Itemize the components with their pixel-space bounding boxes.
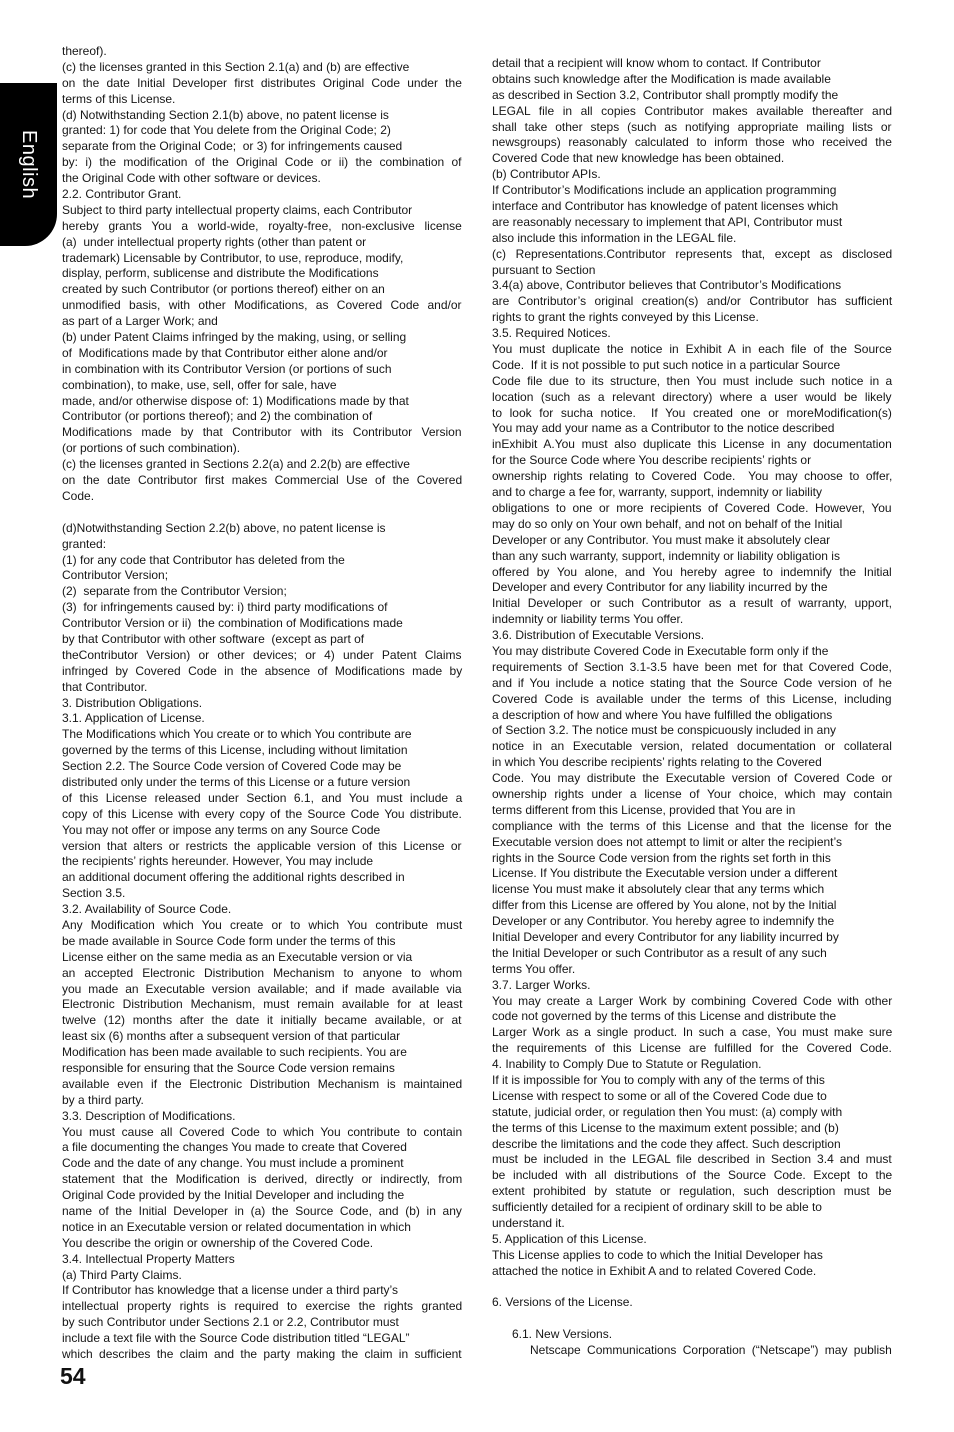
text-line: rights to grant the rights conveyed by t…: [492, 310, 892, 326]
text-line: to look for sucha notice. If You created…: [492, 406, 892, 422]
text-line: Initial Developer or such Contributor as…: [492, 596, 892, 612]
text-line: must be included in the LEGAL file descr…: [492, 1152, 892, 1168]
text-line: Code. You may distribute the Executable …: [492, 771, 892, 787]
text-line: 3.5. Required Notices.: [492, 326, 892, 342]
text-line: extent prohibited by statute or regulati…: [492, 1184, 892, 1200]
text-line: separate from the Original Code; or 3) f…: [62, 139, 462, 155]
text-line: are Contributor’s original creation(s) a…: [492, 294, 892, 310]
text-line: (a) under intellectual property rights (…: [62, 235, 462, 251]
text-line: If it is impossible for You to comply wi…: [492, 1073, 892, 1089]
text-line: [492, 1280, 892, 1296]
text-line: 3.7. Larger Works.: [492, 978, 892, 994]
text-line: granted: 1) for code that You delete fro…: [62, 123, 462, 139]
text-line: You describe the origin or ownership of …: [62, 1236, 462, 1252]
text-line: attached the notice in Exhibit A and to …: [492, 1264, 892, 1280]
text-line: of Section 3.2. The notice must be consp…: [492, 723, 892, 739]
text-line: the recipients’ rights hereunder. Howeve…: [62, 854, 462, 870]
text-line: you made an Executable version available…: [62, 982, 462, 998]
text-line: Executable version does not attempt to l…: [492, 835, 892, 851]
text-line: 3.4(a) above, Contributor believes that …: [492, 278, 892, 294]
text-line: obligations to one or more recipients of…: [492, 501, 892, 517]
text-line: Larger Work as a single product. In such…: [492, 1025, 892, 1041]
text-line: terms different from this License, provi…: [492, 803, 892, 819]
text-line: Modifications made by that Contributor w…: [62, 425, 462, 441]
text-line: an additional document offering the addi…: [62, 870, 462, 886]
text-line: created by such Contributor (or portions…: [62, 282, 462, 298]
text-line: a file documenting the changes You made …: [62, 1140, 462, 1156]
text-line: notice in an Executable version, related…: [492, 739, 892, 755]
license-text-column-left: thereof).(c) the licenses granted in thi…: [62, 44, 462, 1363]
text-line: than any such warranty, support, indemni…: [492, 549, 892, 565]
text-line: pursuant to Section: [492, 263, 892, 279]
text-line: 4. Inability to Comply Due to Statute or…: [492, 1057, 892, 1073]
text-line: ownership rights relating to Covered Cod…: [492, 469, 892, 485]
text-line: may do so only on Your own behalf, and n…: [492, 517, 892, 533]
text-line: newsgroups) reasonably calculated to inf…: [492, 135, 892, 151]
text-line: Subject to third party intellectual prop…: [62, 203, 462, 219]
text-line: Any Modification which You create or to …: [62, 918, 462, 934]
text-line: Contributor Version;: [62, 568, 462, 584]
text-line: rights in the Source Code version from t…: [492, 851, 892, 867]
text-line: notice in an Executable version or relat…: [62, 1220, 462, 1236]
text-line: 2.2. Contributor Grant.: [62, 187, 462, 203]
text-line: by that Contributor with other software …: [62, 632, 462, 648]
text-line: the Original Code with other software or…: [62, 171, 462, 187]
text-line: theContributor Version) or other devices…: [62, 648, 462, 664]
text-line: (3) for infringements caused by: i) thir…: [62, 600, 462, 616]
text-line: of this License released under Section 6…: [62, 791, 462, 807]
text-line: You may create a Larger Work by combinin…: [492, 994, 892, 1010]
text-line: inExhibit A.You must also duplicate this…: [492, 437, 892, 453]
text-line: sufficiently detailed for a recipient of…: [492, 1200, 892, 1216]
text-line: trademark) Licensable by Contributor, to…: [62, 251, 462, 267]
text-line: name of the Initial Developer in (a) the…: [62, 1204, 462, 1220]
language-tab: English: [0, 83, 57, 246]
text-line: which describes the claim and the party …: [62, 1347, 462, 1363]
text-line: ownership rights under a license of Your…: [492, 787, 892, 803]
text-line: an accepted Electronic Distribution Mech…: [62, 966, 462, 982]
text-line: describe the limitations and the code th…: [492, 1137, 892, 1153]
text-line: Developer and every Contributor for any …: [492, 580, 892, 596]
text-line: version that alters or restricts the app…: [62, 839, 462, 855]
text-line: responsible for ensuring that the Source…: [62, 1061, 462, 1077]
text-line: Section 3.5.: [62, 886, 462, 902]
text-line: 6.1. New Versions.: [492, 1327, 892, 1343]
text-line: in combination with its Contributor Vers…: [62, 362, 462, 378]
text-line: for the Source Code where You describe r…: [492, 453, 892, 469]
text-line: 3.2. Availability of Source Code.: [62, 902, 462, 918]
text-line: (1) for any code that Contributor has de…: [62, 553, 462, 569]
text-line: Code file due to its structure, then You…: [492, 374, 892, 390]
text-line: 3.1. Application of License.: [62, 711, 462, 727]
text-line: copy of this License with every copy of …: [62, 807, 462, 823]
text-line: the requirements of this License are ful…: [492, 1041, 892, 1057]
text-line: be included with all distributions of th…: [492, 1168, 892, 1184]
text-line: interface and Contributor has knowledge …: [492, 199, 892, 215]
text-line: You may add your name as a Contributor t…: [492, 421, 892, 437]
text-line: as described in Section 3.2, Contributor…: [492, 88, 892, 104]
text-line: (2) separate from the Contributor Versio…: [62, 584, 462, 600]
text-line: granted:: [62, 537, 462, 553]
text-line: You must cause all Covered Code to which…: [62, 1125, 462, 1141]
text-line: statute, judicial order, or regulation t…: [492, 1105, 892, 1121]
text-line: Code. If it is not possible to put such …: [492, 358, 892, 374]
text-line: terms You offer.: [492, 962, 892, 978]
text-line: statement that the Modification is deriv…: [62, 1172, 462, 1188]
text-line: (d) Notwithstanding Section 2.1(b) above…: [62, 108, 462, 124]
text-line: also include this information in the LEG…: [492, 231, 892, 247]
text-line: in which You describe recipients’ rights…: [492, 755, 892, 771]
text-line: display, perform, sublicense and distrib…: [62, 266, 462, 282]
text-line: terms of this License.: [62, 92, 462, 108]
text-line: (a) Third Party Claims.: [62, 1268, 462, 1284]
text-line: (or portions of such combination).: [62, 441, 462, 457]
text-line: combination), to make, use, sell, offer …: [62, 378, 462, 394]
text-line: 6. Versions of the License.: [492, 1295, 892, 1311]
text-line: the terms of this License to the maximum…: [492, 1121, 892, 1137]
text-line: detail that a recipient will know whom t…: [492, 56, 892, 72]
text-line: 5. Application of this License.: [492, 1232, 892, 1248]
text-line: Contributor (or portions thereof); and 2…: [62, 409, 462, 425]
text-line: Developer or any Contributor. You hereby…: [492, 914, 892, 930]
text-line: License either on the same media as an E…: [62, 950, 462, 966]
text-line: 3.4. Intellectual Property Matters: [62, 1252, 462, 1268]
text-line: requirements of Section 3.1-3.5 have bee…: [492, 660, 892, 676]
text-line: 3. Distribution Obligations.: [62, 696, 462, 712]
text-line: (b) under Patent Claims infringed by the…: [62, 330, 462, 346]
text-line: on the date Contributor first makes Comm…: [62, 473, 462, 489]
text-line: Contributor Version or ii) the combinati…: [62, 616, 462, 632]
text-line: You must duplicate the notice in Exhibit…: [492, 342, 892, 358]
text-line: (c) Representations.Contributor represen…: [492, 247, 892, 263]
text-line: [492, 1311, 892, 1327]
text-line: offered by You alone, and You hereby agr…: [492, 565, 892, 581]
text-line: Original Code provided by the Initial De…: [62, 1188, 462, 1204]
text-line: shall take other steps (such as notifyin…: [492, 120, 892, 136]
text-line: twelve (12) months after the date it ini…: [62, 1013, 462, 1029]
text-line: Netscape Communications Corporation (“Ne…: [492, 1343, 892, 1359]
text-line: intellectual property rights is required…: [62, 1299, 462, 1315]
text-line: 3.6. Distribution of Executable Versions…: [492, 628, 892, 644]
text-line: available even if the Electronic Distrib…: [62, 1077, 462, 1093]
text-line: [62, 505, 462, 521]
text-line: Code.: [62, 489, 462, 505]
text-line: (c) the licenses granted in Sections 2.2…: [62, 457, 462, 473]
text-line: unmodified basis, with other Modificatio…: [62, 298, 462, 314]
text-line: Code and the date of any change. You mus…: [62, 1156, 462, 1172]
text-line: thereof).: [62, 44, 462, 60]
text-line: License. If You distribute the Executabl…: [492, 866, 892, 882]
text-line: be made available in Source Code form un…: [62, 934, 462, 950]
text-line: license You must make it absolutely clea…: [492, 882, 892, 898]
text-line: made, and/or otherwise dispose of: 1) Mo…: [62, 394, 462, 410]
text-line: differ from this License are offered by …: [492, 898, 892, 914]
text-line: You may not offer or impose any terms on…: [62, 823, 462, 839]
text-line: on the date Initial Developer first dist…: [62, 76, 462, 92]
text-line: 3.3. Description of Modifications.: [62, 1109, 462, 1125]
text-line: If Contributor’s Modifications include a…: [492, 183, 892, 199]
text-line: You may distribute Covered Code in Execu…: [492, 644, 892, 660]
text-line: least six (6) months after a subsequent …: [62, 1029, 462, 1045]
text-line: (d)Notwithstanding Section 2.2(b) above,…: [62, 521, 462, 537]
text-line: Initial Developer and every Contributor …: [492, 930, 892, 946]
text-line: and if You include a notice stating that…: [492, 676, 892, 692]
text-line: the Initial Developer or such Contributo…: [492, 946, 892, 962]
text-line: Modification has been made available to …: [62, 1045, 462, 1061]
text-line: code not governed by the terms of this L…: [492, 1009, 892, 1025]
text-line: that Contributor.: [62, 680, 462, 696]
text-line: include a text file with the Source Code…: [62, 1331, 462, 1347]
text-line: hereby grants You a world-wide, royalty-…: [62, 219, 462, 235]
text-line: by a third party.: [62, 1093, 462, 1109]
text-line: distributed only under the terms of this…: [62, 775, 462, 791]
text-line: LEGAL file in all copies Contributor mak…: [492, 104, 892, 120]
text-line: by: i) the modification of the Original …: [62, 155, 462, 171]
text-line: compliance with the terms of this Licens…: [492, 819, 892, 835]
page-number: 54: [60, 1363, 86, 1390]
text-line: Electronic Distribution Mechanism, must …: [62, 997, 462, 1013]
text-line: This License applies to code to which th…: [492, 1248, 892, 1264]
text-line: Developer or any Contributor. You must m…: [492, 533, 892, 549]
text-line: location (such as a relevant directory) …: [492, 390, 892, 406]
manual-license-page: English thereof).(c) the licenses grante…: [0, 0, 954, 1432]
text-line: of Modifications made by that Contributo…: [62, 346, 462, 362]
text-line: License with respect to some or all of t…: [492, 1089, 892, 1105]
text-line: governed by the terms of this License, i…: [62, 743, 462, 759]
text-line: (c) the licenses granted in this Section…: [62, 60, 462, 76]
text-line: indemnity or liability terms You offer.: [492, 612, 892, 628]
text-line: If Contributor has knowledge that a lice…: [62, 1283, 462, 1299]
license-text-column-right: detail that a recipient will know whom t…: [492, 56, 892, 1359]
text-line: obtains such knowledge after the Modific…: [492, 72, 892, 88]
text-line: a description of how and where You have …: [492, 708, 892, 724]
language-tab-label: English: [17, 130, 40, 199]
text-line: (b) Contributor APIs.: [492, 167, 892, 183]
text-line: as part of a Larger Work; and: [62, 314, 462, 330]
text-line: infringed by Covered Code in the absence…: [62, 664, 462, 680]
text-line: Section 2.2. The Source Code version of …: [62, 759, 462, 775]
text-line: The Modifications which You create or to…: [62, 727, 462, 743]
text-line: Covered Code is available under the term…: [492, 692, 892, 708]
text-line: Covered Code that new knowledge has been…: [492, 151, 892, 167]
text-line: and to charge a fee for, warranty, suppo…: [492, 485, 892, 501]
text-line: understand it.: [492, 1216, 892, 1232]
text-line: are reasonably necessary to implement th…: [492, 215, 892, 231]
text-line: by such Contributor under Sections 2.1 o…: [62, 1315, 462, 1331]
